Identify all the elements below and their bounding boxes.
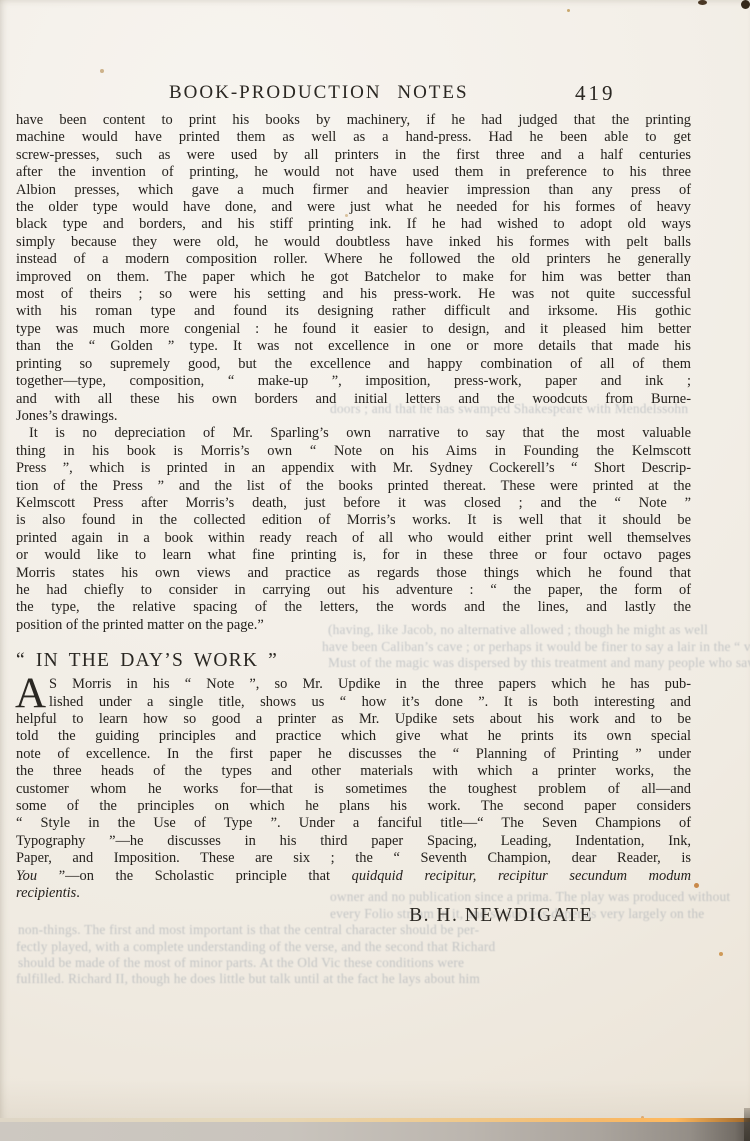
italic-run: recipientis (16, 885, 76, 901)
text-run: customer whom he works for—that is somet… (16, 781, 691, 797)
text-line: recipientis. (16, 885, 691, 902)
text-line: black type and borders, and his stiff pr… (16, 216, 691, 233)
text-line: Jones’s drawings. (16, 408, 691, 425)
text-run: S Morris in his “ Note ”, so Mr. Updike … (49, 676, 691, 692)
scan-corner-shadow (744, 1108, 750, 1141)
page-number: 419 (575, 81, 616, 106)
italic-run: You (16, 868, 37, 884)
show-through-line: should be made of the most of minor part… (18, 955, 464, 970)
drop-cap-letter: A (15, 677, 46, 710)
text-line: or would like to learn what fine printin… (16, 547, 691, 564)
text-run: ”—on the Scholastic principle that (37, 868, 352, 884)
text-run: told the guiding principles and practice… (16, 728, 691, 744)
text-line: printed again in a book within ready rea… (16, 530, 691, 547)
paragraph-with-dropcap: A S Morris in his “ Note ”, so Mr. Updik… (16, 676, 691, 902)
text-line: Press ”, which is printed in an appendix… (16, 460, 691, 477)
text-run: some of the principles on which he plans… (16, 798, 691, 814)
text-line: after the invention of printing, he woul… (16, 164, 691, 181)
text-line: printing so supremely good, but the exce… (16, 356, 691, 373)
article-body: have been content to print his books by … (16, 112, 691, 927)
text-run: Typography ”—he discusses in his third p… (16, 833, 691, 849)
paper-speck (100, 69, 104, 73)
paper-speck (698, 0, 707, 5)
text-line: type was much more congenial : he found … (16, 321, 691, 338)
text-line: note of excellence. In the first paper h… (16, 746, 691, 763)
text-line: S Morris in his “ Note ”, so Mr. Updike … (16, 676, 691, 693)
text-line: helpful to learn how so good a printer a… (16, 711, 691, 728)
text-line: thing in his book is Morris’s own “ Note… (16, 443, 691, 460)
text-line: is also found in the collected edition o… (16, 512, 691, 529)
text-line: the type, the relative spacing of the le… (16, 599, 691, 616)
text-line: Morris states his own views and practice… (16, 565, 691, 582)
text-line: he had chiefly to consider in carrying o… (16, 582, 691, 599)
paper-speck (345, 214, 348, 217)
text-line: most of theirs ; so were his setting and… (16, 286, 691, 303)
paragraph: It is no depreciation of Mr. Sparling’s … (16, 425, 691, 634)
text-line: Albion presses, which gave a much firmer… (16, 182, 691, 199)
text-line: the three heads of the types and other m… (16, 763, 691, 780)
text-line: and with all these his own borders and i… (16, 391, 691, 408)
text-line: instead of a modern composition roller. … (16, 251, 691, 268)
text-line: You ”—on the Scholastic principle that q… (16, 868, 691, 885)
show-through-line: fulfilled. Richard II, though he does li… (16, 971, 480, 986)
paper-speck (694, 883, 699, 888)
scanner-background (0, 1122, 750, 1141)
text-run: . (76, 885, 80, 901)
text-line: with his roman type and found its design… (16, 303, 691, 320)
text-run: lished under a single title, shows us “ … (49, 694, 691, 710)
text-line: have been content to print his books by … (16, 112, 691, 129)
text-line: It is no depreciation of Mr. Sparling’s … (16, 425, 691, 442)
text-line: tion of the Press ” and the list of the … (16, 478, 691, 495)
text-run: Paper, and Imposition. These are six ; t… (16, 850, 691, 866)
section-heading: “ IN THE DAY’S WORK ” (16, 650, 691, 671)
text-line: Typography ”—he discusses in his third p… (16, 833, 691, 850)
text-line: some of the principles on which he plans… (16, 798, 691, 815)
text-line: Kelmscott Press after Morris’s death, ju… (16, 495, 691, 512)
text-run: the three heads of the types and other m… (16, 763, 691, 779)
page-bottom-shadow (0, 1080, 750, 1121)
text-line: Paper, and Imposition. These are six ; t… (16, 850, 691, 867)
paragraph-continuation: have been content to print his books by … (16, 112, 691, 425)
text-run: “ Style in the Use of Type ”. Under a fa… (16, 815, 691, 831)
text-line: screw-presses, such as were used by all … (16, 147, 691, 164)
text-run: helpful to learn how so good a printer a… (16, 711, 691, 727)
paper-speck (719, 952, 723, 956)
text-line: simply because they were old, he would d… (16, 234, 691, 251)
text-line: together—type, composition, “ make-up ”,… (16, 373, 691, 390)
text-line: the older type would have done, and were… (16, 199, 691, 216)
text-line: than the “ Golden ” type. It was not exc… (16, 338, 691, 355)
text-run: note of excellence. In the first paper h… (16, 746, 691, 762)
paper-speck (567, 9, 570, 12)
text-line: lished under a single title, shows us “ … (16, 694, 691, 711)
italic-run: quidquid recipitur, recipitur secundum m… (352, 868, 691, 884)
scanned-book-page: doors ; and that he has swamped Shakespe… (0, 0, 750, 1141)
text-line: machine would have printed them as well … (16, 129, 691, 146)
paper-speck (741, 0, 750, 9)
text-line: improved on them. The paper which he got… (16, 269, 691, 286)
author-signature: B. H. NEWDIGATE (16, 905, 691, 927)
show-through-line: fectly played, with a complete understan… (16, 939, 495, 954)
text-line: told the guiding principles and practice… (16, 728, 691, 745)
text-line: “ Style in the Use of Type ”. Under a fa… (16, 815, 691, 832)
running-head-title: BOOK-PRODUCTION NOTES (169, 82, 469, 104)
running-head-row: BOOK-PRODUCTION NOTES 419 (0, 82, 750, 108)
text-line: position of the printed matter on the pa… (16, 617, 691, 634)
text-line: customer whom he works for—that is somet… (16, 781, 691, 798)
